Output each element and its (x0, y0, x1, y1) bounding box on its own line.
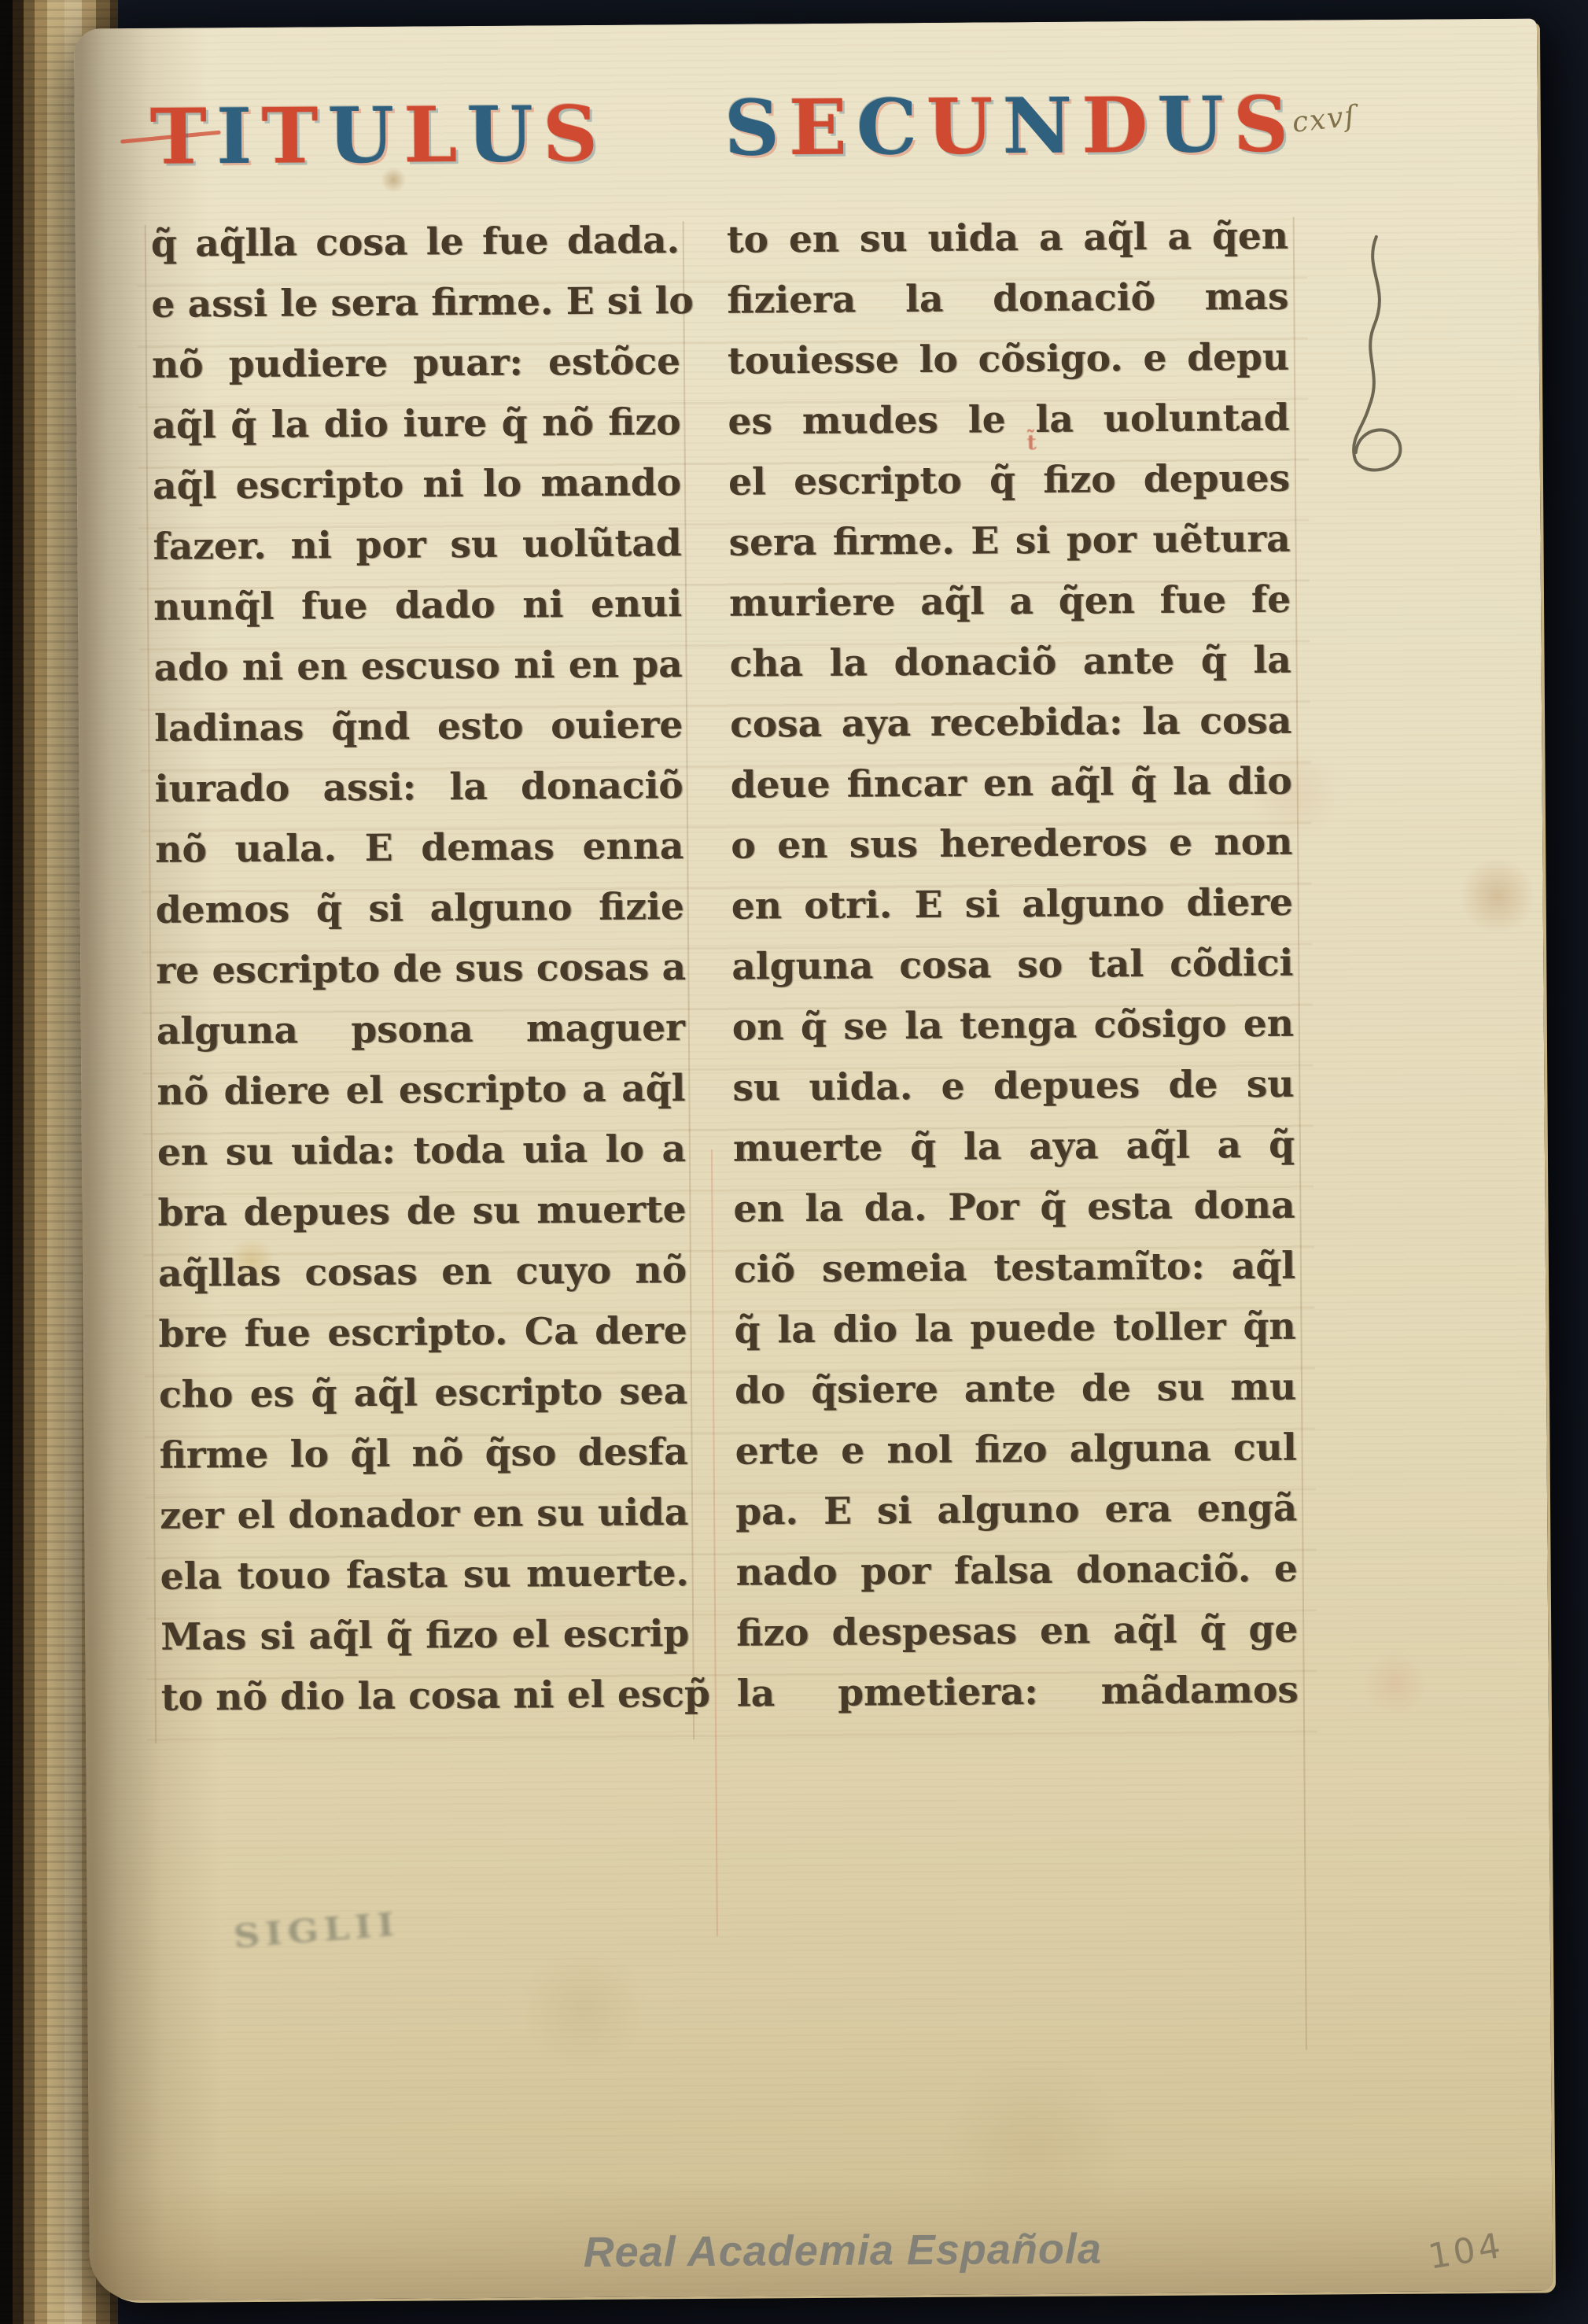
manuscript-line: cho es q̃ aq̃l escripto sea (159, 1361, 688, 1426)
manuscript-line: ladinas q̃nd esto ouiere (154, 695, 683, 759)
manuscript-line: q̃ la dio la puede toller q̃n (734, 1297, 1296, 1361)
title-letter: I (216, 84, 262, 188)
manuscript-line: alguna cosa so tal cõdici (731, 933, 1294, 998)
manuscript-line: firme lo q̃l nõ q̃so desfa (159, 1422, 688, 1486)
manuscript-line: o en sus herederos e non (731, 812, 1293, 876)
title-letter: C (856, 75, 927, 179)
title-word-titulus: TITULUS (149, 82, 636, 195)
title-letter: L (403, 83, 467, 187)
manuscript-line: sera firme. E si por uẽtura (728, 509, 1291, 574)
title-letter: T (261, 83, 328, 188)
manuscript-line: ado ni en escuso ni en pa (153, 634, 683, 699)
manuscript-line: iurado assi: la donaciõ (154, 755, 683, 820)
manuscript-line: nado por falsa donaciõ. e (735, 1539, 1298, 1603)
foliation-mark: cxvſ (1291, 100, 1358, 139)
manuscript-line: to en su uida a aq̃l a q̃en (727, 206, 1289, 271)
manuscript-line: nõ pudiere puar: estõce (152, 331, 681, 396)
manuscript-line: ciõ semeia testamĩto: aq̃l (734, 1236, 1296, 1300)
manuscript-line: zer el donador en su uida (160, 1482, 689, 1547)
pen-flourish-doodle (1328, 230, 1431, 490)
title-letter: D (1081, 73, 1158, 178)
title-letter: N (1002, 74, 1082, 179)
manuscript-line: on q̃ se la tenga cõsigo en (732, 994, 1295, 1058)
manuscript-line: pa. E si alguno era engã (735, 1478, 1298, 1543)
library-watermark: Real Academia Española (583, 2224, 1102, 2277)
manuscript-line: el escripto q̃ fizo depues (728, 448, 1291, 513)
manuscript-line: en la da. Por q̃ esta dona (733, 1175, 1295, 1240)
manuscript-line: la pmetiera: mãdamos (736, 1660, 1299, 1725)
manuscript-line: aq̃l escripto ni lo mando (153, 452, 682, 517)
text-column-left: q̃ aq̃lla cosa le fue dada.e assi le ser… (151, 210, 690, 1728)
manuscript-line: Mas si aq̃l q̃ fizo el escrip (160, 1603, 690, 1668)
manuscript-line: bra depues de su muerte (157, 1179, 687, 1244)
title-letter: T (149, 84, 216, 189)
manuscript-line: en otri. E si alguno diere (731, 872, 1293, 937)
manuscript-line: to nõ dio la cosa ni el escp̃ (160, 1664, 690, 1728)
manuscript-line: bre fue escripto. Ca dere (158, 1300, 687, 1365)
manuscript-line: demos q̃ si alguno fizie (156, 876, 685, 941)
title-letter: S (724, 76, 789, 180)
manuscript-line: es mudes le la uoluntad (728, 388, 1290, 452)
manuscript-line: nunq̃l fue dado ni enui (153, 574, 683, 638)
manuscript-line: fiziera la donaciõ mas (727, 267, 1289, 331)
manuscript-line: fizo despesas en aq̃l q̃ ge (736, 1599, 1299, 1664)
manuscript-line: muriere aq̃l a q̃en fue fe (729, 570, 1291, 634)
red-correction-mark: t̃ (1027, 431, 1037, 455)
manuscript-line: deue fincar en aq̃l q̃ la dio (730, 751, 1292, 816)
manuscript-line: erte e nol fizo alguna cul (735, 1418, 1297, 1482)
manuscript-line: su uida. e depues de su (732, 1054, 1295, 1119)
manuscript-page: TITULUS SECUNDUS q̃ aq̃lla cosa le fue d… (74, 19, 1553, 2301)
manuscript-line: alguna psona maguer (157, 998, 686, 1062)
title-letter: S (1233, 72, 1299, 177)
manuscript-line: do q̃siere ante de su mu (735, 1357, 1297, 1422)
manuscript-line: nõ uala. E demas enna (155, 816, 684, 880)
title-letter: U (1157, 72, 1234, 177)
manuscript-line: aq̃l q̃ la dio iure q̃ nõ fizo (152, 392, 681, 456)
manuscript-line: cosa aya recebida: la cosa (730, 691, 1292, 755)
manuscript-line: ela touo fasta su muerte. (160, 1543, 689, 1607)
manuscript-line: fazer. ni por su uolũtad (153, 513, 682, 577)
title-word-secundus: SECUNDUS (724, 72, 1294, 186)
manuscript-line: touiesse lo cõsigo. e depu (728, 327, 1290, 392)
title-letter: U (466, 82, 543, 186)
manuscript-line: en su uida: toda uia lo a (157, 1119, 687, 1183)
manuscript-line: re escripto de sus cosas a (156, 937, 685, 1002)
manuscript-line: aq̃llas cosas en cuyo nõ (158, 1240, 687, 1304)
title-letter: U (927, 74, 1004, 179)
ink-stamp-smudge: SIGLII (232, 1905, 401, 1956)
manuscript-line: nõ diere el escripto a aq̃l (157, 1058, 686, 1123)
manuscript-line: e assi le sera firme. E si lo (151, 271, 680, 335)
manuscript-line: cha la donaciõ ante q̃ la (729, 630, 1291, 695)
title-letter: E (788, 76, 857, 180)
text-column-right: to en su uida a aq̃l a q̃enfiziera la do… (727, 206, 1299, 1725)
manuscript-line: q̃ aq̃lla cosa le fue dada. (151, 210, 680, 275)
manuscript-line: muerte q̃ la aya aq̃l a q̃ (733, 1115, 1295, 1179)
title-letter: S (543, 82, 608, 186)
title-letter: U (327, 83, 404, 188)
